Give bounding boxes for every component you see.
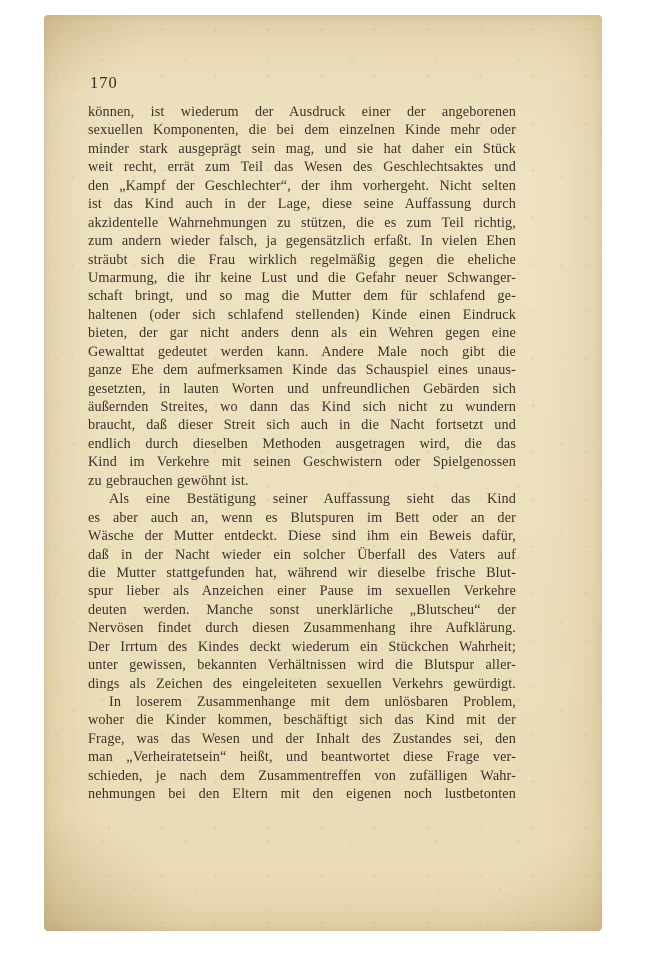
text-line: den „Kampf der Geschlechter“, der ihm vo… xyxy=(88,177,516,195)
text-line: haltenen (oder sich schlafend stellenden… xyxy=(88,306,516,324)
text-line: gesetzten, in lauten Worten und unfreund… xyxy=(88,380,516,398)
text-line: minder stark ausgeprägt sein mag, und si… xyxy=(88,140,516,158)
text-line: Umarmung, die ihr keine Lust und die Gef… xyxy=(88,269,516,287)
text-line: Gewalttat gedeutet werden kann. Andere M… xyxy=(88,343,516,361)
text-line: braucht, daß dieser Streit sich auch in … xyxy=(88,416,516,434)
text-line: ist das Kind auch in der Lage, diese sei… xyxy=(88,195,516,213)
text-line: ganze Ehe dem aufmerksamen Kinde das Sch… xyxy=(88,361,516,379)
text-line: zu gebrauchen gewöhnt ist. xyxy=(88,472,516,490)
text-line: endlich durch dieselben Methoden ausgetr… xyxy=(88,435,516,453)
text-line: Kind im Verkehre mit seinen Geschwistern… xyxy=(88,453,516,471)
text-line: akzidentelle Wahrnehmungen zu stützen, d… xyxy=(88,214,516,232)
text-line: Als eine Bestätigung seiner Auffassung s… xyxy=(88,490,516,508)
text-block: können, ist wiederum der Ausdruck einer … xyxy=(88,103,516,804)
text-line: nehmungen bei den Eltern mit den eigenen… xyxy=(88,785,516,803)
text-line: weit recht, errät zum Teil das Wesen des… xyxy=(88,158,516,176)
text-line: können, ist wiederum der Ausdruck einer … xyxy=(88,103,516,121)
text-line: sträubt sich die Frau wirklich regelmäßi… xyxy=(88,251,516,269)
text-line: schaft bringt, und so mag die Mutter dem… xyxy=(88,287,516,305)
text-line: die Mutter stattgefunden hat, während wi… xyxy=(88,564,516,582)
text-line: deuten werden. Manche sonst unerklärlich… xyxy=(88,601,516,619)
text-line: spur lieber als Anzeichen einer Pause im… xyxy=(88,582,516,600)
text-line: daß in der Nacht wieder ein solcher Über… xyxy=(88,546,516,564)
book-page: 170 können, ist wiederum der Ausdruck ei… xyxy=(44,15,602,931)
text-line: man „Verheiratetsein“ heißt, und beantwo… xyxy=(88,748,516,766)
text-line: Wäsche der Mutter entdeckt. Diese sind i… xyxy=(88,527,516,545)
text-line: sexuellen Komponenten, die bei dem einze… xyxy=(88,121,516,139)
scan-background: 170 können, ist wiederum der Ausdruck ei… xyxy=(0,0,670,960)
text-line: unter gewissen, bekannten Verhältnissen … xyxy=(88,656,516,674)
text-line: dings als Zeichen des eingeleiteten sexu… xyxy=(88,675,516,693)
text-line: zum andern wieder falsch, ja gegensätzli… xyxy=(88,232,516,250)
page-number: 170 xyxy=(90,73,118,93)
text-line: schieden, je nach dem Zusammentreffen vo… xyxy=(88,767,516,785)
text-line: In loserem Zusammenhange mit dem unlösba… xyxy=(88,693,516,711)
text-line: Frage, was das Wesen und der Inhalt des … xyxy=(88,730,516,748)
text-line: Nervösen findet durch diesen Zusammenhan… xyxy=(88,619,516,637)
text-line: äußernden Streites, wo dann das Kind sic… xyxy=(88,398,516,416)
text-line: woher die Kinder kommen, beschäftigt sic… xyxy=(88,711,516,729)
text-line: es aber auch an, wenn es Blutspuren im B… xyxy=(88,509,516,527)
text-line: Der Irrtum des Kindes deckt wiederum ein… xyxy=(88,638,516,656)
text-line: bieten, der gar nicht anders denn als ei… xyxy=(88,324,516,342)
